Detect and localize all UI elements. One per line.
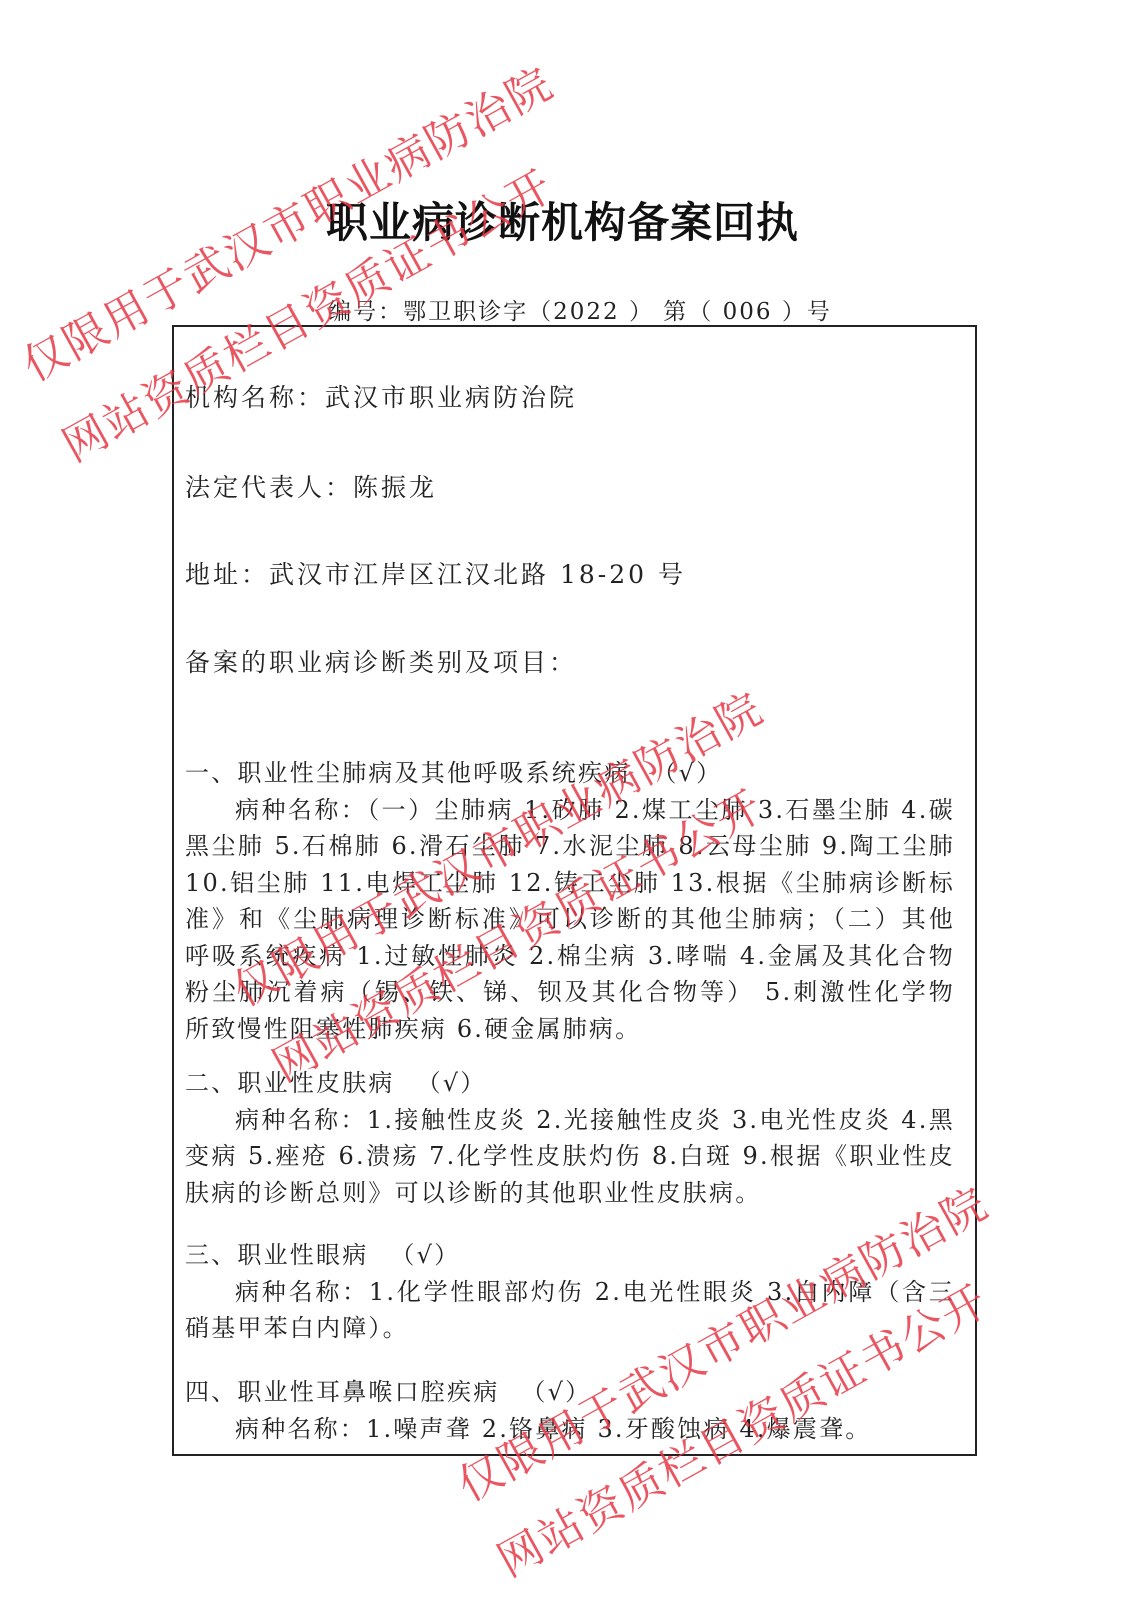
field-label: 法定代表人： bbox=[185, 473, 353, 502]
section-heading: 四、职业性耳鼻喉口腔疾病（√） bbox=[185, 1374, 955, 1411]
section-pneumoconiosis: 一、职业性尘肺病及其他呼吸系统疾病（√） 病种名称：（一）尘肺病 1.矽肺 2.… bbox=[185, 755, 955, 1047]
check-mark: （√） bbox=[417, 1069, 487, 1097]
field-value: 武汉市职业病防治院 bbox=[325, 383, 577, 412]
section-body: 病种名称：1.化学性眼部灼伤 2.电光性眼炎 3.白内障（含三硝基甲苯白内障）。 bbox=[185, 1274, 955, 1347]
check-mark: （√） bbox=[521, 1378, 591, 1406]
section-ent-oral-disease: 四、职业性耳鼻喉口腔疾病（√） 病种名称：1.噪声聋 2.铬鼻病 3.牙酸蚀病 … bbox=[185, 1374, 955, 1447]
check-mark: （√） bbox=[652, 759, 722, 787]
section-heading: 二、职业性皮肤病（√） bbox=[185, 1065, 955, 1102]
field-label: 机构名称： bbox=[185, 383, 325, 412]
section-heading: 三、职业性眼病（√） bbox=[185, 1237, 955, 1274]
field-legal-representative: 法定代表人：陈振龙 bbox=[185, 473, 437, 503]
section-eye-disease: 三、职业性眼病（√） 病种名称：1.化学性眼部灼伤 2.电光性眼炎 3.白内障（… bbox=[185, 1237, 955, 1347]
section-heading: 一、职业性尘肺病及其他呼吸系统疾病（√） bbox=[185, 755, 955, 792]
section-body: 病种名称：1.接触性皮炎 2.光接触性皮炎 3.电光性皮炎 4.黑变病 5.痤疮… bbox=[185, 1102, 955, 1212]
section-heading-text: 一、职业性尘肺病及其他呼吸系统疾病 bbox=[185, 759, 630, 787]
document-number: 编号：鄂卫职诊字（2022 ） 第（ 006 ）号 bbox=[0, 293, 1125, 326]
field-address: 地址：武汉市江岸区江汉北路 18-20 号 bbox=[185, 560, 686, 590]
section-body: 病种名称：（一）尘肺病 1.矽肺 2.煤工尘肺 3.石墨尘肺 4.碳黑尘肺 5.… bbox=[185, 792, 955, 1048]
section-body: 病种名称：1.噪声聋 2.铬鼻病 3.牙酸蚀病 4.爆震聋。 bbox=[185, 1411, 955, 1448]
field-label: 备案的职业病诊断类别及项目： bbox=[185, 648, 577, 677]
field-label: 地址： bbox=[185, 560, 269, 589]
field-institution-name: 机构名称：武汉市职业病防治院 bbox=[185, 383, 577, 413]
field-categories: 备案的职业病诊断类别及项目： bbox=[185, 648, 577, 678]
section-heading-text: 三、职业性眼病 bbox=[185, 1241, 368, 1269]
section-skin-disease: 二、职业性皮肤病（√） 病种名称：1.接触性皮炎 2.光接触性皮炎 3.电光性皮… bbox=[185, 1065, 955, 1211]
section-heading-text: 四、职业性耳鼻喉口腔疾病 bbox=[185, 1378, 499, 1406]
field-value: 武汉市江岸区江汉北路 18-20 号 bbox=[269, 560, 686, 589]
check-mark: （√） bbox=[390, 1241, 460, 1269]
field-value: 陈振龙 bbox=[353, 473, 437, 502]
document-title: 职业病诊断机构备案回执 bbox=[0, 190, 1125, 250]
section-heading-text: 二、职业性皮肤病 bbox=[185, 1069, 395, 1097]
